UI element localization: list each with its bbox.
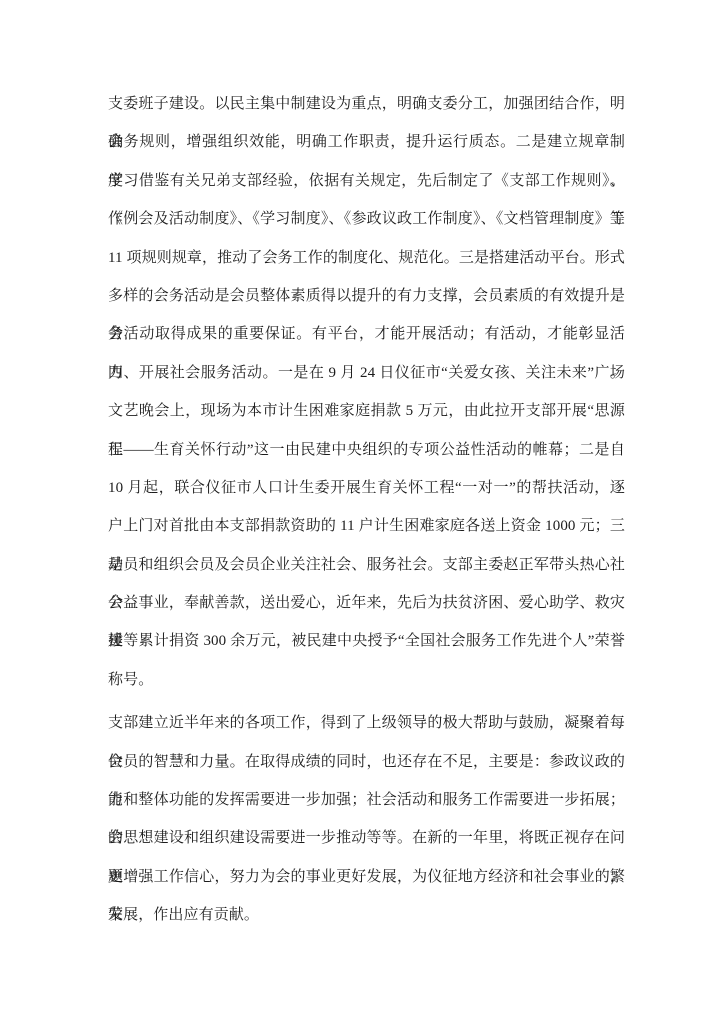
text-line: 力和整体功能的发挥需要进一步加强；社会活动和服务工作需要进一步拓展；会 bbox=[108, 781, 625, 819]
text-line: 的思想建设和组织建设需要进一步推动等等。在新的一年里，将既正视存在问题， bbox=[108, 819, 625, 857]
document-page: 支委班子建设。以民主集中制建设为重点，明确支委分工，加强团结合作，明确会务规则，… bbox=[0, 0, 721, 1020]
text-line: 会员的智慧和力量。在取得成绩的同时，也还存在不足，主要是：参政议政的能 bbox=[108, 743, 625, 781]
text-line: 学习借鉴有关兄弟支部经验，依据有关规定，先后制定了《支部工作规则》、《工 bbox=[108, 162, 625, 200]
text-line: 10 月起，联合仪征市人口计生委开展生育关怀工程“一对一”的帮扶活动，逐 bbox=[108, 469, 625, 507]
text-line: 支部建立近半年来的各项工作，得到了上级领导的极大帮助与鼓励，凝聚着每位 bbox=[108, 704, 625, 742]
paragraph: 支委班子建设。以民主集中制建设为重点，明确支委分工，加强团结合作，明确会务规则，… bbox=[108, 85, 625, 699]
text-line: 11 项规则规章，推动了会务工作的制度化、规范化。三是搭建活动平台。形式 bbox=[108, 239, 625, 277]
text-line: 公益事业，奉献善款，送出爱心，近年来，先后为扶贫济困、爱心助学、救灾援 bbox=[108, 584, 625, 622]
text-line: 支委班子建设。以民主集中制建设为重点，明确支委分工，加强团结合作，明确 bbox=[108, 85, 625, 123]
text-line: 文艺晚会上，现场为本市计生困难家庭捐款 5 万元，由此拉开支部开展“思源工 bbox=[108, 392, 625, 430]
document-text-body: 支委班子建设。以民主集中制建设为重点，明确支委分工，加强团结合作，明确会务规则，… bbox=[108, 85, 625, 935]
text-line: 会务规则，增强组织效能，明确工作职责，提升运行质态。二是建立规章制度。 bbox=[108, 123, 625, 161]
text-line: 建等累计捐资 300 余万元，被民建中央授予“全国社会服务工作先进个人”荣誉 bbox=[108, 622, 625, 660]
paragraph: 支部建立近半年来的各项工作，得到了上级领导的极大帮助与鼓励，凝聚着每位会员的智慧… bbox=[108, 704, 625, 934]
text-line: 四、开展社会服务活动。一是在 9 月 24 日仪征市“关爱女孩、关注未来”广场 bbox=[108, 354, 625, 392]
text-line: 称号。 bbox=[108, 661, 625, 699]
text-line: 多样的会务活动是会员整体素质得以提升的有力支撑，会员素质的有效提升是会 bbox=[108, 277, 625, 315]
text-line: 动员和组织会员及会员企业关注社会、服务社会。支部主委赵正军带头热心社会 bbox=[108, 546, 625, 584]
text-line: 发展，作出应有贡献。 bbox=[108, 896, 625, 934]
text-line: 程——生育关怀行动”这一由民建中央组织的专项公益性活动的帷幕；二是自 bbox=[108, 431, 625, 469]
text-line: 作例会及活动制度》、《学习制度》、《参政议政工作制度》、《文档管理制度》等 bbox=[108, 200, 625, 238]
text-line: 务活动取得成果的重要保证。有平台，才能开展活动；有活动，才能彰显活力。 bbox=[108, 315, 625, 353]
text-line: 户上门对首批由本支部捐款资助的 11 户计生困难家庭各送上资金 1000 元；三… bbox=[108, 507, 625, 545]
text-line: 更增强工作信心，努力为会的事业更好发展，为仪征地方经济和社会事业的繁荣 bbox=[108, 858, 625, 896]
